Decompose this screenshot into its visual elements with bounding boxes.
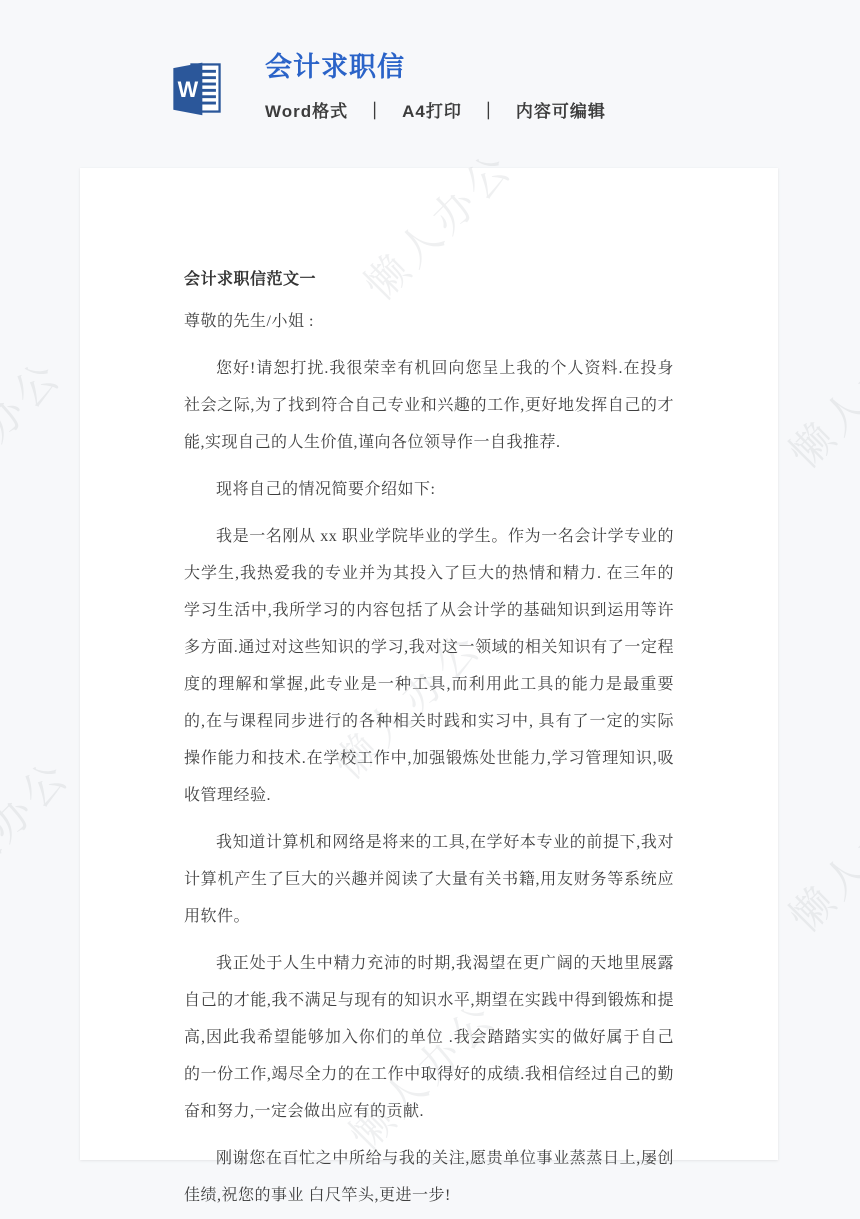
watermark-text: 懒人办公	[774, 768, 860, 943]
page-title: 会计求职信	[265, 52, 606, 82]
document-paragraph: 我正处于人生中精力充沛的时期,我渴望在更广阔的天地里展露自己的才能,我不满足与现…	[184, 945, 674, 1130]
document-paragraph: 我是一名刚从 xx 职业学院毕业的学生。作为一名会计学专业的大学生,我热爱我的专…	[184, 518, 674, 814]
document-paragraph: 刚谢您在百忙之中所给与我的关注,愿贵单位事业蒸蒸日上,屡创佳绩,祝您的事业 白尺…	[184, 1140, 674, 1214]
document-paragraph: 现将自己的情况简要介绍如下:	[184, 471, 674, 508]
document-body: 会计求职信范文一 尊敬的先生/小姐 : 您好!请恕打扰.我很荣幸有机回向您呈上我…	[184, 261, 674, 1214]
document-salutation: 尊敬的先生/小姐 :	[184, 303, 674, 340]
watermark-text: 懒人办公	[774, 304, 860, 479]
word-file-icon: W	[167, 58, 225, 118]
watermark-text: 懒人办公	[0, 344, 74, 519]
document-paragraph: 您好!请恕打扰.我很荣幸有机回向您呈上我的个人资料.在投身社会之际,为了找到符合…	[184, 350, 674, 461]
template-preview-page: W 会计求职信 Word格式 ｜ A4打印 ｜ 内容可编辑 会计求职信范文一 尊…	[0, 0, 860, 1219]
header: W 会计求职信 Word格式 ｜ A4打印 ｜ 内容可编辑	[167, 50, 606, 130]
document-page: 会计求职信范文一 尊敬的先生/小姐 : 您好!请恕打扰.我很荣幸有机回向您呈上我…	[80, 168, 778, 1160]
page-subtitle: Word格式 ｜ A4打印 ｜ 内容可编辑	[265, 97, 606, 122]
document-paragraph: 我知道计算机和网络是将来的工具,在学好本专业的前提下,我对计算机产生了巨大的兴趣…	[184, 824, 674, 935]
watermark-text: 懒人办公	[0, 744, 82, 919]
document-heading: 会计求职信范文一	[184, 261, 674, 298]
header-text: 会计求职信 Word格式 ｜ A4打印 ｜ 内容可编辑	[265, 50, 606, 122]
word-icon-letter: W	[178, 77, 199, 102]
